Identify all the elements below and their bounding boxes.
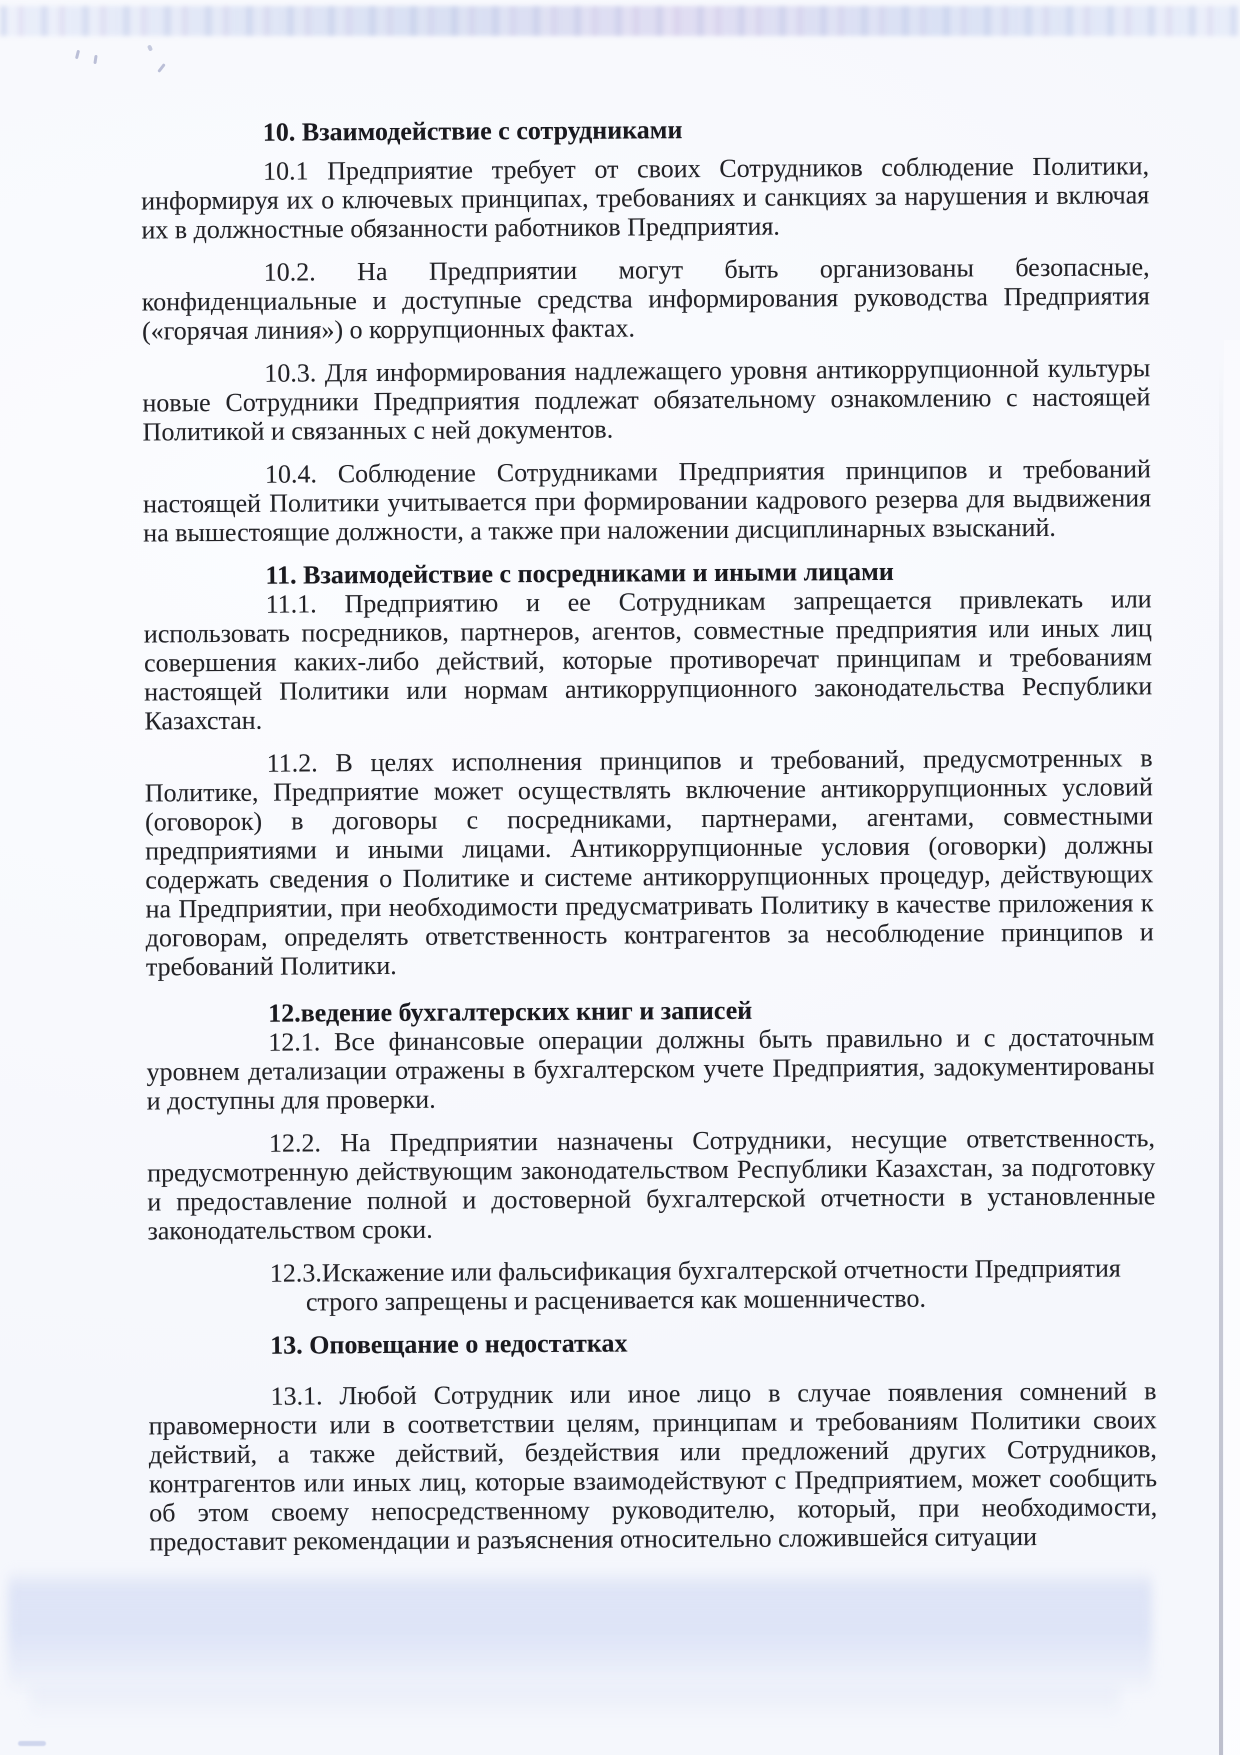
- clause-10-4: 10.4. Соблюдение Сотрудниками Предприяти…: [143, 454, 1152, 547]
- clause-11-2: 11.2. В целях исполнения принципов и тре…: [145, 743, 1154, 981]
- clause-10-3: 10.3. Для информирования надлежащего уро…: [142, 353, 1151, 446]
- scan-ink-dash: [18, 1741, 46, 1746]
- clause-11-1: 11.1. Предприятию и ее Сотрудникам запре…: [144, 584, 1153, 735]
- section-11-intermediaries: 11. Взаимодействие с посредниками и иным…: [143, 555, 1154, 981]
- clause-13-1: 13.1. Любой Сотрудник или иное лицо в сл…: [148, 1376, 1157, 1556]
- section-12-bookkeeping: 12.ведение бухгалтерских книг и записей …: [146, 993, 1156, 1317]
- clause-12-2: 12.2. На Предприятии назначены Сотрудник…: [147, 1123, 1156, 1245]
- scan-speck: [75, 50, 80, 59]
- document-content: 10. Взаимодействие с сотрудниками 10.1 П…: [140, 0, 1158, 1570]
- scan-speck: [93, 55, 97, 64]
- clause-10-1: 10.1 Предприятие требует от своих Сотруд…: [141, 151, 1150, 244]
- clause-12-3: 12.3.Искажение или фальсификация бухгалт…: [148, 1253, 1156, 1317]
- scan-bleedthrough-wash-bottom: [8, 1568, 1152, 1696]
- section-13-heading: 13. Оповещание о недостатках: [148, 1325, 1156, 1360]
- page-edge-line: [1219, 360, 1223, 1755]
- scanned-document-page: 10. Взаимодействие с сотрудниками 10.1 П…: [0, 0, 1240, 1755]
- clause-10-2: 10.2. На Предприятии могут быть организо…: [142, 252, 1151, 345]
- section-13-reporting: 13. Оповещание о недостатках 13.1. Любой…: [148, 1325, 1157, 1556]
- scan-bleedthrough-fade-bottom: [30, 1688, 1120, 1724]
- section-10-employees: 10. Взаимодействие с сотрудниками 10.1 П…: [141, 112, 1152, 547]
- clause-12-1: 12.1. Все финансовые операции должны быт…: [146, 1022, 1155, 1115]
- section-10-heading: 10. Взаимодействие с сотрудниками: [141, 112, 1149, 147]
- page-edge-highlight: [1224, 340, 1240, 1755]
